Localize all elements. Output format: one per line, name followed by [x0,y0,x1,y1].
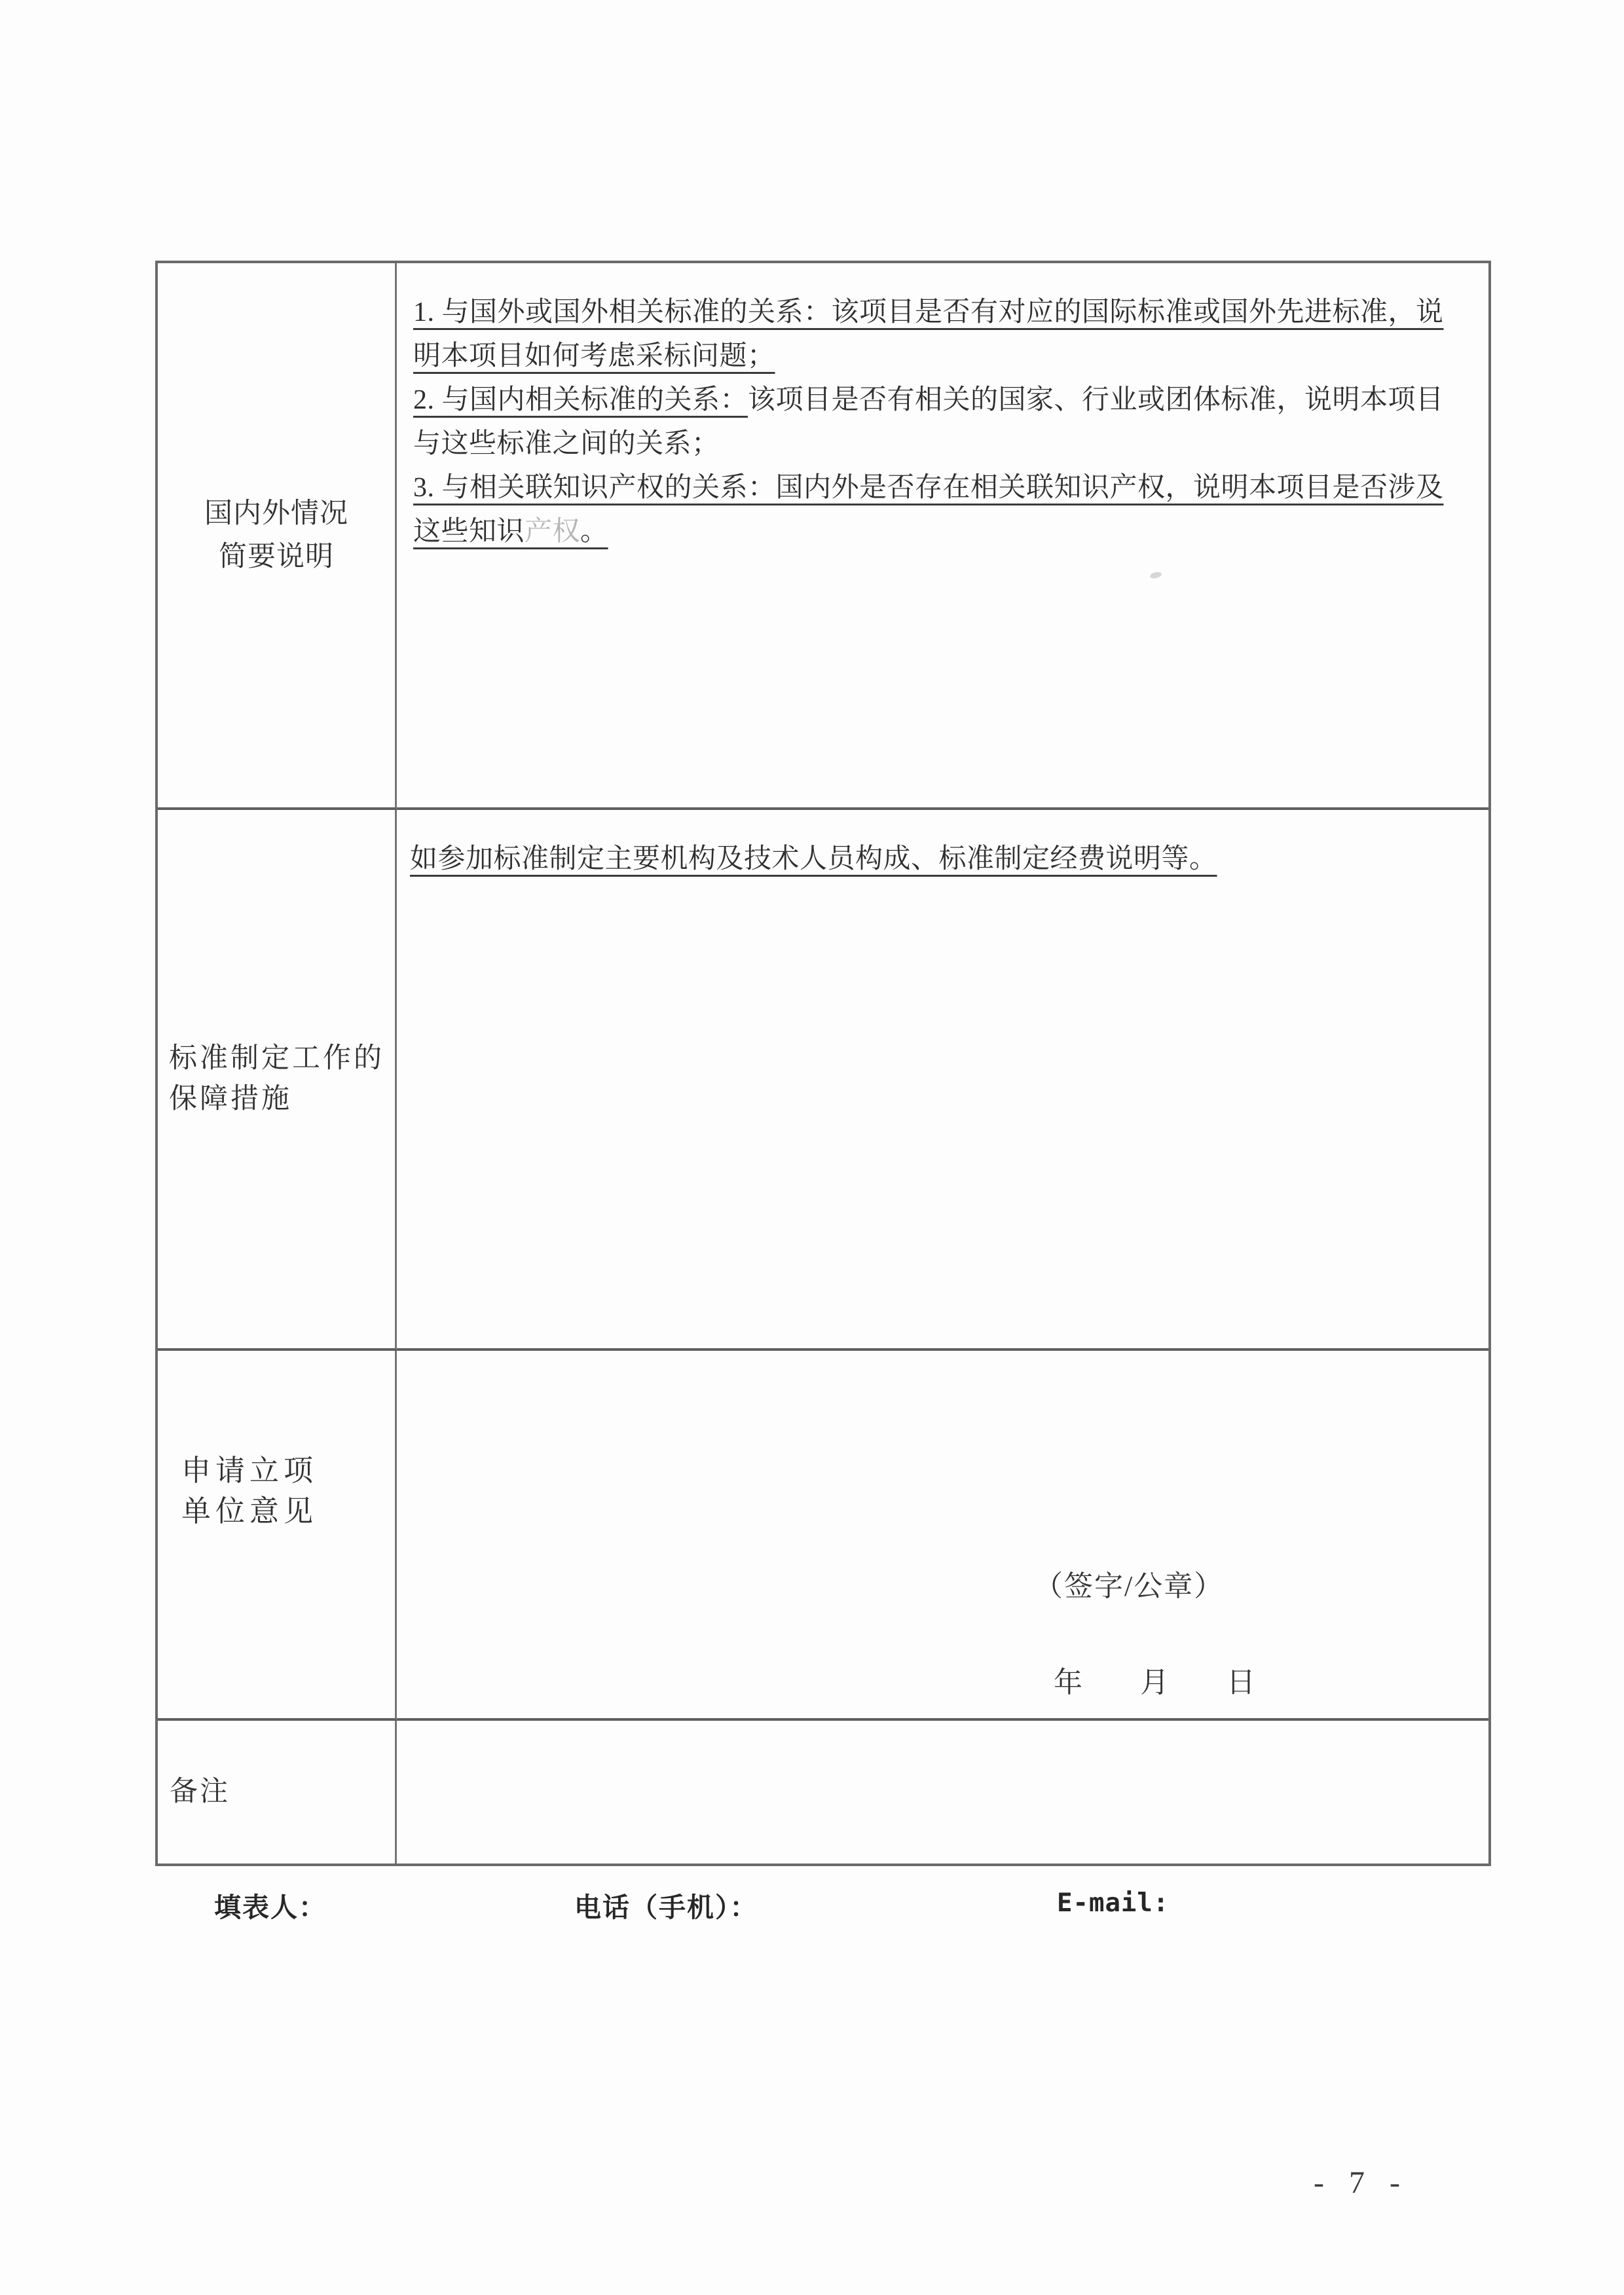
cell-remarks-empty [397,1721,1488,1864]
email-label: E-mail: [1057,1888,1169,1918]
instruction-line: 如参加标准制定主要机构及技术人员构成、标准制定经费说明等。 [410,837,1474,881]
scanned-form-page: 国内外情况 简要说明 1. 与国外或国外相关标准的关系：该项目是否有对应的国际标… [0,0,1624,2295]
signature-seal-hint: （签字/公章） [1034,1562,1224,1604]
instruction-text: 这些知识 [413,517,525,547]
row-label-line: 标准制定工作的 [169,1038,395,1079]
form-filler-label: 填表人： [214,1886,327,1924]
row-label-safeguard-measures: 标准制定工作的 保障措施 [158,810,397,1351]
page-number: - 7 - [1314,2165,1409,2201]
instruction-line: 2. 与国内相关标准的关系：该项目是否有相关的国家、行业或团体标准，说明本项目 [413,378,1474,422]
instruction-text: 2. 与国内相关标准的关系： [413,385,748,415]
instruction-text: 该项目是否有相关的国家、行业或团体标准，说明本项目 [748,385,1444,415]
instruction-text-faded: 产权 [525,517,580,547]
row-label-line: 备注 [170,1771,395,1814]
instruction-line: 3. 与相关联知识产权的关系：国内外是否存在相关联知识产权，说明本项目是否涉及 [413,466,1474,510]
instruction-text: 如参加标准制定主要机构及技术人员构成、标准制定经费说明等。 [410,844,1217,874]
instruction-text: 明本项目如何考虑采标问题； [413,341,775,371]
date-fill-hint: 年 月 日 [1054,1659,1255,1700]
application-form-table: 国内外情况 简要说明 1. 与国外或国外相关标准的关系：该项目是否有对应的国际标… [155,261,1491,1866]
row-label-line: 申请立项 [181,1450,395,1491]
row-label-remarks: 备注 [158,1721,397,1864]
row-label-applicant-unit-opinion: 申请立项 单位意见 [158,1351,397,1721]
instruction-line: 这些知识产权。 [413,510,1474,554]
instruction-text: 3. 与相关联知识产权的关系：国内外是否存在相关联知识产权，说明本项目是否涉及 [413,473,1444,503]
row-label-line: 单位意见 [181,1491,395,1532]
instruction-line: 1. 与国外或国外相关标准的关系：该项目是否有对应的国际标准或国外先进标准，说 [413,291,1474,335]
instruction-line: 与这些标准之间的关系； [413,422,1474,466]
instruction-line: 明本项目如何考虑采标问题； [413,335,1474,378]
row-label-domestic-overseas-overview: 国内外情况 简要说明 [158,263,397,810]
cell-domestic-overseas-overview: 1. 与国外或国外相关标准的关系：该项目是否有对应的国际标准或国外先进标准，说 … [397,263,1488,810]
cell-safeguard-measures: 如参加标准制定主要机构及技术人员构成、标准制定经费说明等。 [397,810,1488,1351]
instruction-text: 。 [580,517,608,547]
cell-applicant-unit-opinion: （签字/公章） 年 月 日 [397,1351,1488,1721]
row-label-line: 保障措施 [169,1079,395,1120]
row-label-line: 国内外情况 [158,492,395,536]
row-label-line: 简要说明 [158,536,395,579]
instruction-text: 1. 与国外或国外相关标准的关系：该项目是否有对应的国际标准或国外先进标准，说 [413,297,1444,327]
instruction-text: 与这些标准之间的关系； [413,429,720,459]
phone-label: 电话（手机）： [574,1886,758,1924]
